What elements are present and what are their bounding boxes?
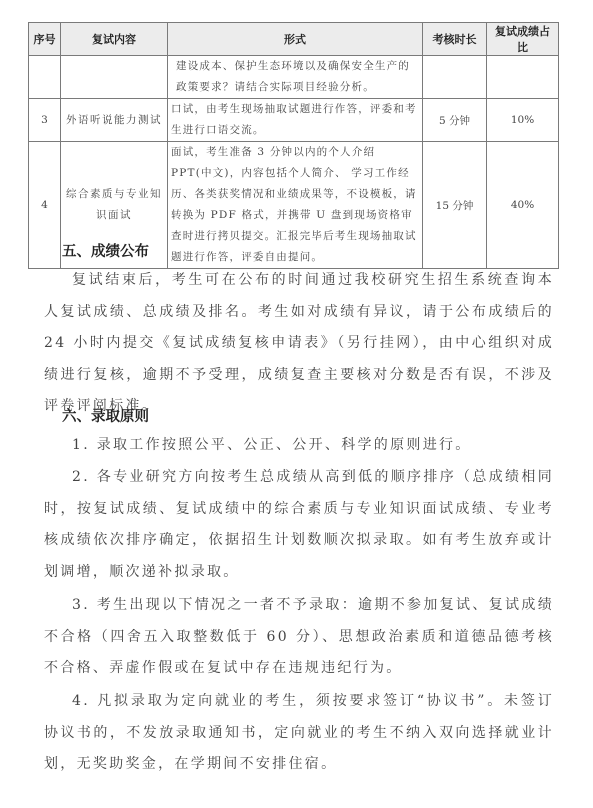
cell-index: 3 xyxy=(29,99,61,142)
cell-duration: 5 分钟 xyxy=(423,99,487,142)
cell-form: 面试，考生准备 3 分钟以内的个人介绍 PPT(中文)，内容包括个人简介、 学习… xyxy=(168,142,423,269)
header-duration: 考核时长 xyxy=(423,23,487,56)
cell-duration xyxy=(423,56,487,99)
header-content: 复试内容 xyxy=(61,23,168,56)
table-row: 建设成本、保护生态环境以及确保安全生产的政策要求？请结合实际项目经验分析。 xyxy=(29,56,559,99)
cell-form: 口试，由考生现场抽取试题进行作答，评委和考生进行口语交流。 xyxy=(168,99,423,142)
cell-content-text: 综合素质与专业知识面试 xyxy=(66,188,162,221)
table-row: 3 外语听说能力测试 口试，由考生现场抽取试题进行作答，评委和考生进行口语交流。… xyxy=(29,99,559,142)
cell-content: 外语听说能力测试 xyxy=(61,99,168,142)
cell-index xyxy=(29,56,61,99)
cell-duration: 15 分钟 xyxy=(423,142,487,269)
section-title-admission-principles: 六、录取原则 xyxy=(62,405,149,426)
header-form: 形式 xyxy=(168,23,423,56)
principle-item-4: 4. 凡拟录取为定向就业的考生，须按要求签订“协议书”。未签订协议书的，不发放录… xyxy=(44,686,554,781)
cell-content xyxy=(61,56,168,99)
principle-item-2: 2. 各专业研究方向按考生总成绩从高到低的顺序排序（总成绩相同时，按复试成绩、复… xyxy=(44,462,554,588)
section-title-score-release: 五、成绩公布 xyxy=(62,240,149,261)
table-header-row: 序号 复试内容 形式 考核时长 复试成绩占比 xyxy=(29,23,559,56)
header-weight: 复试成绩占比 xyxy=(487,23,559,56)
paragraph-score-release: 复试结束后，考生可在公布的时间通过我校研究生招生系统查询本人复试成绩、总成绩及排… xyxy=(44,265,554,423)
header-index: 序号 xyxy=(29,23,61,56)
principle-item-1: 1. 录取工作按照公平、公正、公开、科学的原则进行。 xyxy=(44,430,554,462)
retest-content-table: 序号 复试内容 形式 考核时长 复试成绩占比 建设成本、保护生态环境以及确保安全… xyxy=(28,22,559,269)
cell-weight: 40% xyxy=(487,142,559,269)
principle-item-3: 3. 考生出现以下情况之一者不予录取：逾期不参加复试、复试成绩不合格（四舍五入取… xyxy=(44,590,554,685)
cell-weight: 10% xyxy=(487,99,559,142)
cell-content-text: 外语听说能力测试 xyxy=(66,114,162,126)
cell-index: 4 xyxy=(29,142,61,269)
cell-weight xyxy=(487,56,559,99)
cell-form: 建设成本、保护生态环境以及确保安全生产的政策要求？请结合实际项目经验分析。 xyxy=(168,56,423,99)
